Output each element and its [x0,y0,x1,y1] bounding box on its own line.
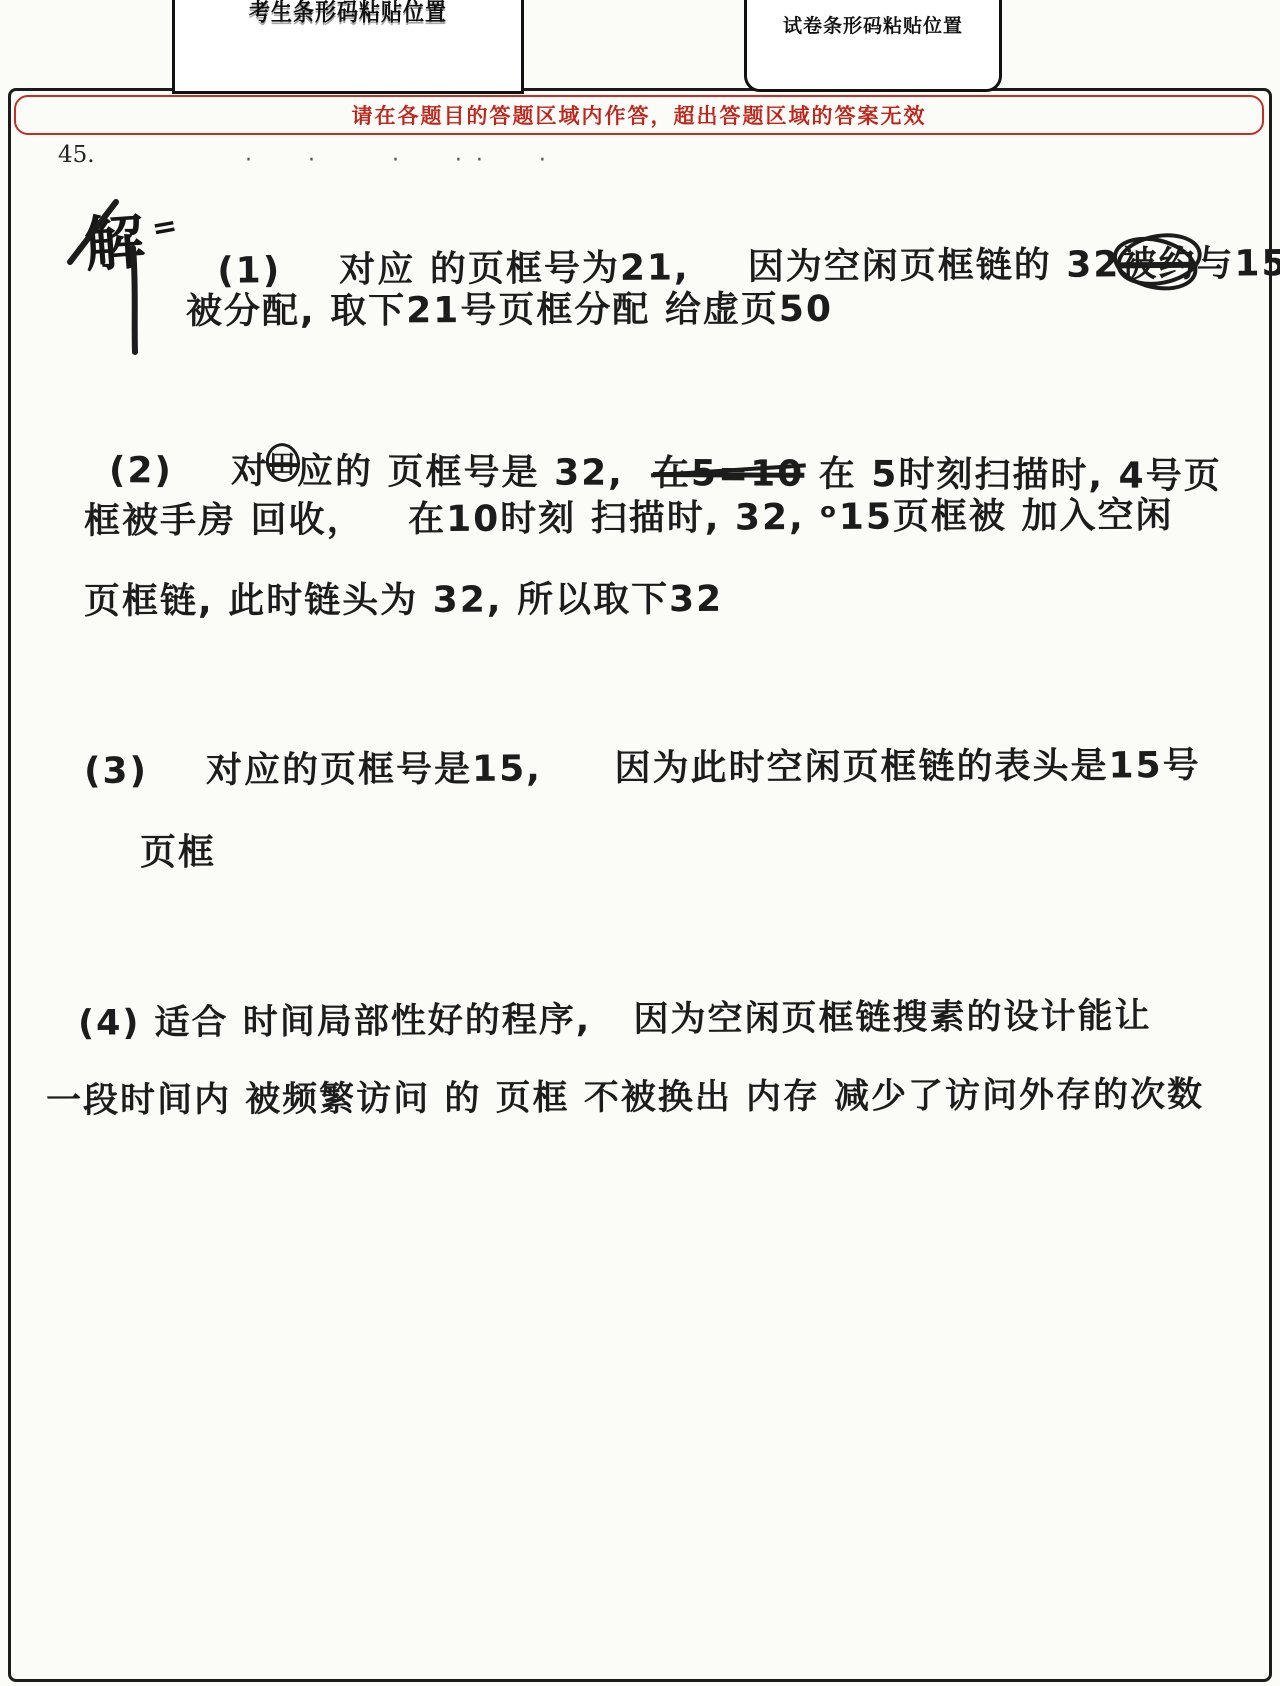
paper-barcode-label: 试卷条形码粘贴位置 [747,11,999,38]
question-number: 45. [58,142,95,168]
answer-part2-line2: 框被手房 回收， 在10时刻 扫描时, 32, ᵒ15页框被 加入空闲 [84,487,1174,544]
pencil-marks: · · · ·· · [245,148,560,173]
answer-part1-line1-text-b: 与15 [1196,243,1280,285]
solution-mark: 解 [81,194,147,284]
answer-part4-line1: (4) 适合 时间局部性好的程序, 因为空闲页框链搜素的设计能让 [78,988,1152,1045]
answer-part1-line2: 被分配, 取下21号页框分配 给虚页50 [186,281,833,334]
answer-part2-line1-text-b: 应的 页框号是 32, [297,451,653,494]
answer-part2-overwritten-char: 田 [269,444,297,481]
answer-area-warning-text: 请在各题目的答题区域内作答，超出答题区域的答案无效 [352,100,927,130]
answer-part3-line1: (3) 对应的页框号是15, 因为此时空闲页框链的表头是15号 [84,737,1201,794]
answer-part2-line3: 页框链, 此时链头为 32, 所以取下32 [84,571,723,624]
answer-part2-line1-text-a: (2) 对 [109,450,269,492]
paper-barcode-box: 试卷条形码粘贴位置 [744,0,1002,92]
answer-part2-line1: (2) 对田应的 页框号是 32, 在5=10 在 5时刻扫描时, 4号页 [80,401,1222,499]
candidate-barcode-box: 考生条形码粘贴位置 [172,0,524,94]
answer-part4-line2: 一段时间内 被频繁访问 的 页框 不被换出 内存 减少了访问外存的次数 [46,1067,1204,1123]
answer-part3-line2: 页框 [140,824,216,875]
answer-part1-scribbled-text: 被约 [1120,236,1196,288]
answer-part1-line1: (1) 对应 的页框号为21, 因为空闲页框链的 32被约与15 [188,194,1280,294]
answer-area-warning-band: 请在各题目的答题区域内作答，超出答题区域的答案无效 [14,95,1264,135]
candidate-barcode-label: 考生条形码粘贴位置 [175,0,521,28]
